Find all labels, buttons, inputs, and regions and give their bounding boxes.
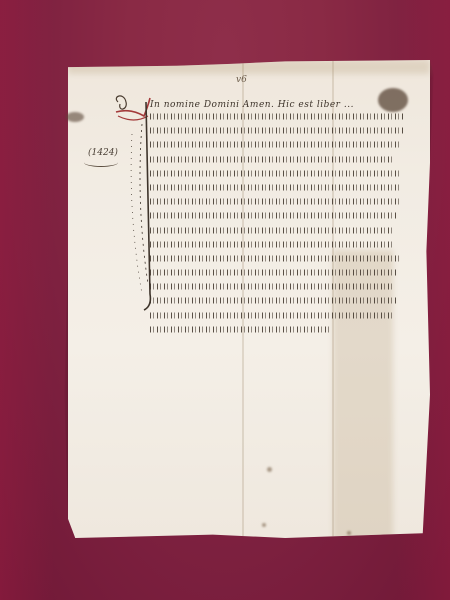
manuscript-text: In nomine Domini Amen. Hic est liber ... <box>150 100 405 337</box>
handwriting-stroke <box>150 266 397 278</box>
script-line <box>150 167 405 179</box>
handwriting-stroke <box>150 309 392 321</box>
script-line <box>150 153 405 165</box>
opening-line: In nomine Domini Amen. Hic est liber ... <box>150 100 405 110</box>
script-line <box>150 266 405 278</box>
script-line <box>150 252 405 264</box>
folio-mark: v6 <box>236 75 247 85</box>
handwriting-stroke <box>150 294 397 306</box>
handwriting-stroke <box>150 181 402 193</box>
handwriting-stroke <box>150 252 400 264</box>
script-line <box>150 238 405 250</box>
handwriting-stroke <box>150 138 400 150</box>
handwriting-stroke <box>150 323 329 335</box>
speck <box>262 523 266 527</box>
handwriting-stroke <box>150 209 397 221</box>
script-line <box>150 195 405 207</box>
script-line <box>150 294 405 306</box>
script-line <box>150 280 405 292</box>
script-line <box>150 124 405 136</box>
handwriting-stroke <box>150 167 400 179</box>
speck <box>267 467 272 472</box>
handwriting-stroke <box>150 224 395 236</box>
handwriting-stroke <box>150 238 392 250</box>
script-line <box>150 323 405 335</box>
script-line <box>150 138 405 150</box>
handwriting-stroke <box>150 110 405 122</box>
handwriting-stroke <box>150 195 400 207</box>
handwriting-stroke <box>150 153 395 165</box>
speck <box>347 531 351 535</box>
script-line <box>150 309 405 321</box>
script-line <box>150 181 405 193</box>
ink-blot-left <box>66 112 84 122</box>
handwriting-stroke <box>150 280 395 292</box>
script-line <box>150 209 405 221</box>
script-line <box>150 110 405 122</box>
script-line <box>150 224 405 236</box>
handwriting-stroke <box>150 124 405 136</box>
script-lines <box>150 110 405 335</box>
